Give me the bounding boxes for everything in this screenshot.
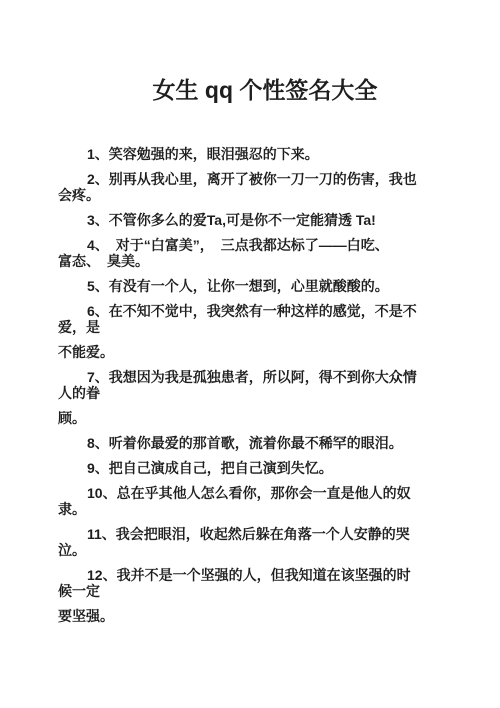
paragraph-list: 1、笑容勉强的来，眼泪强忍的下来。2、别再从我心里，离开了被你一刀一刀的伤害，我… xyxy=(0,146,500,624)
paragraph: 不能爱。 xyxy=(58,344,470,360)
text-line: 6、在不知不觉中，我突然有一种这样的感觉，不是不 xyxy=(58,303,470,319)
text-line: 人的眷 xyxy=(58,385,470,401)
paragraph: 11、我会把眼泪，收起然后躲在角落一个人安静的哭泣。 xyxy=(58,526,470,558)
text-line: 不能爱。 xyxy=(58,344,470,360)
text-line: 隶。 xyxy=(58,501,470,517)
text-line: 要坚强。 xyxy=(58,608,470,624)
paragraph: 1、笑容勉强的来，眼泪强忍的下来。 xyxy=(58,146,470,162)
page-title: 女生 qq 个性签名大全 xyxy=(15,0,500,102)
paragraph: 7、我想因为我是孤独患者，所以阿，得不到你大众情人的眷 xyxy=(58,369,470,401)
text-line: 爱，是 xyxy=(58,319,470,335)
text-line: 10、总在乎其他人怎么看你，那你会一直是他人的奴 xyxy=(58,485,470,501)
document-page: 女生 qq 个性签名大全 1、笑容勉强的来，眼泪强忍的下来。2、别再从我心里，离… xyxy=(0,0,500,708)
text-line: 1、笑容勉强的来，眼泪强忍的下来。 xyxy=(58,146,470,162)
text-line: 3、不管你多么的爱Ta,可是你不一定能猜透 Ta! xyxy=(58,212,470,228)
text-line: 7、我想因为我是孤独患者，所以阿，得不到你大众情 xyxy=(58,369,470,385)
paragraph: 6、在不知不觉中，我突然有一种这样的感觉，不是不爱，是 xyxy=(58,303,470,335)
paragraph: 9、把自己演成自己，把自己演到失忆。 xyxy=(58,460,470,476)
text-line: 12、我并不是一个坚强的人，但我知道在该坚强的时 xyxy=(58,567,470,583)
text-line: 11、我会把眼泪，收起然后躲在角落一个人安静的哭 xyxy=(58,526,470,542)
text-line: 2、别再从我心里，离开了被你一刀一刀的伤害，我也 xyxy=(58,171,470,187)
paragraph: 5、有没有一个人，让你一想到，心里就酸酸的。 xyxy=(58,278,470,294)
text-line: 5、有没有一个人，让你一想到，心里就酸酸的。 xyxy=(58,278,470,294)
text-line: 顾。 xyxy=(58,410,470,426)
paragraph: 3、不管你多么的爱Ta,可是你不一定能猜透 Ta! xyxy=(58,212,470,228)
text-line: 4、 对于“白富美”， 三点我都达标了——白吃、 xyxy=(58,237,470,253)
paragraph: 2、别再从我心里，离开了被你一刀一刀的伤害，我也会疼。 xyxy=(58,171,470,203)
paragraph: 10、总在乎其他人怎么看你，那你会一直是他人的奴隶。 xyxy=(58,485,470,517)
paragraph: 12、我并不是一个坚强的人，但我知道在该坚强的时候一定 xyxy=(58,567,470,599)
text-line: 8、听着你最爱的那首歌，流着你最不稀罕的眼泪。 xyxy=(58,435,470,451)
paragraph: 顾。 xyxy=(58,410,470,426)
paragraph: 要坚强。 xyxy=(58,608,470,624)
text-line: 富态、 臭美。 xyxy=(58,253,470,269)
text-line: 候一定 xyxy=(58,583,470,599)
text-line: 9、把自己演成自己，把自己演到失忆。 xyxy=(58,460,470,476)
paragraph: 4、 对于“白富美”， 三点我都达标了——白吃、富态、 臭美。 xyxy=(58,237,470,269)
paragraph: 8、听着你最爱的那首歌，流着你最不稀罕的眼泪。 xyxy=(58,435,470,451)
text-line: 会疼。 xyxy=(58,187,470,203)
text-line: 泣。 xyxy=(58,542,470,558)
